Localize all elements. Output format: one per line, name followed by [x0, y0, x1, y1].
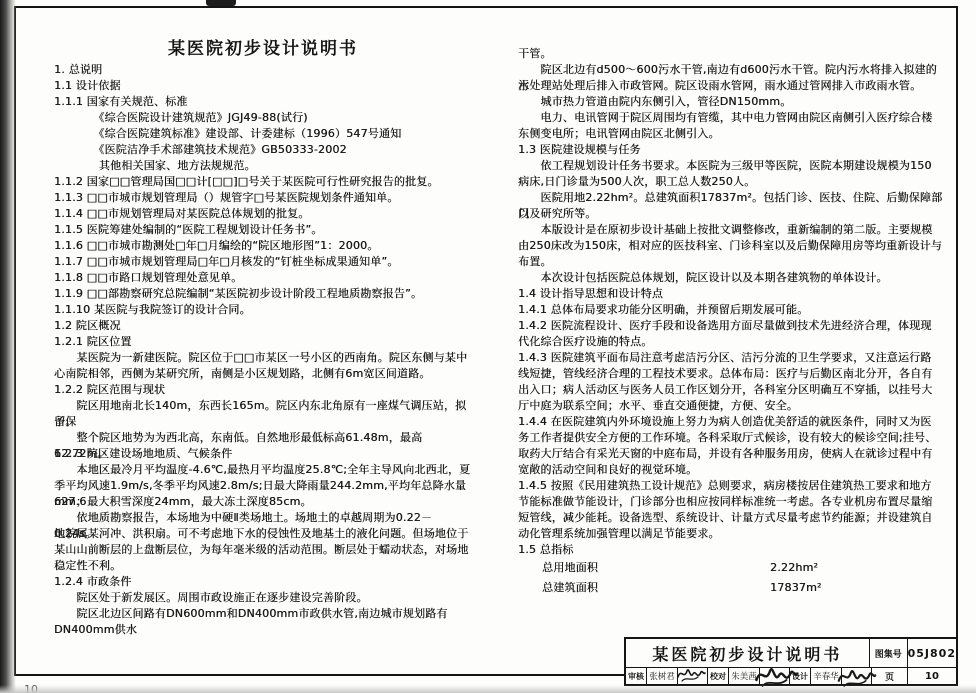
document-title: 某医院初步设计说明书 — [54, 34, 472, 59]
text-line: 1.4.3 医院建筑平面布局注意考虑洁污分区、洁污分流的卫生学要求，又注意运行路 — [518, 350, 946, 366]
handwritten-signature-icon — [842, 668, 872, 684]
signature-role-label: 校对 — [708, 668, 729, 684]
text-line: 1.2.2 院区范围与现状 — [54, 382, 474, 398]
indicator-value: 2.22hm² — [770, 558, 818, 578]
page-label: 页 — [872, 668, 908, 684]
text-line: 心南院相邻，西侧为某研究所，南侧是小区规划路，北侧有6m宽区间道路。 — [54, 366, 474, 382]
text-line: 务工作者提供安全方便的工作环境。各科采取厅式候诊，设有较大的候诊空间;挂号、 — [518, 430, 946, 446]
text-line: 水处理站处理后排入市政管网。院区设雨水管网，雨水通过管网排入市政雨水管。 — [518, 78, 946, 94]
text-line: 病床,日门诊量为500人次，职工总人数250人。 — [518, 174, 946, 190]
indicator-value: 17837m² — [770, 578, 822, 598]
text-line: 城市热力管道由院内东侧引入，管径DN150mm。 — [518, 94, 946, 110]
text-line: 《综合医院建筑标准》建设部、计委建标（1996）547号通知 — [54, 126, 474, 142]
text-line: 医院用地2.22hm²。总建筑面积17837m²。包括门诊、医技、住院、后勤保障… — [518, 190, 946, 206]
text-line: 院区用地南北长140m，东西长165m。院区内东北角原有一座煤气调压站，拟予保 — [54, 398, 474, 414]
text-line: 东侧变电所；电讯管网由院区北侧引入。 — [518, 126, 946, 142]
left-text-column: 1. 总说明1.1 设计依据1.1.1 国家有关规范、标准 《综合医院设计建筑规… — [54, 62, 474, 622]
text-line: 留。 — [54, 414, 474, 430]
text-line: 《医院洁净手术部建筑技术规范》GB50333-2002 — [54, 142, 474, 158]
scanned-document-page: 某医院初步设计说明书 1. 总说明1.1 设计依据1.1.1 国家有关规范、标准… — [0, 0, 976, 693]
drawing-title-block: 某医院初步设计说明书 图集号 05J802 审核 张树君 校对 — [624, 637, 958, 686]
text-line: 1.4.2 医院流程设计、医疗手段和设备选用方面尽量做到技术先进经济合理，体现现 — [518, 318, 946, 334]
text-line: 1.1.6 □□市城市勘测处□年□月编绘的“院区地形图”1：2000。 — [54, 238, 474, 254]
signature-printed-name: 张树君 — [647, 668, 678, 684]
text-line: 干管。 — [518, 46, 946, 62]
right-text-column: 干管。 院区北边有d500～600污水干管,南边有d600污水干管。院内污水将排… — [518, 46, 946, 598]
text-line: 电力、电讯管网于院区周围均有管缆，其中电力管网由院区南侧引入医疗综合楼 — [518, 110, 946, 126]
text-line: 1.4.1 总体布局要求功能分区明确，并预留后期发展可能。 — [518, 302, 946, 318]
text-line: 1.1.5 医院筹建处编制的“医院工程规划设计任务书”。 — [54, 222, 474, 238]
text-line: 1.1.7 □□市城市规划管理局□年□月核发的“钉桩坐标成果通知单”。 — [54, 254, 474, 270]
title-block-signature-row: 审核 张树君 校对 朱美茜 — [626, 668, 956, 684]
text-line: 1.2 院区概况 — [54, 318, 474, 334]
text-line: 线短捷，管线经济合理的工程技术要求。总体布局：医疗与后勤区南北分开，各自有 — [518, 366, 946, 382]
text-line: 代化综合医疗设施的特点。 — [518, 334, 946, 350]
binding-shadow — [0, 0, 16, 693]
text-line: 本版设计是在原初步设计基础上按批文调整修改，重新编制的第二版。主要规模 — [518, 222, 946, 238]
text-line: 依工程规划设计任务书要求。本医院为三级甲等医院，医院本期建设规模为150 — [518, 158, 946, 174]
text-line: 季平均风速1.9m/s,冬季平均风速2.8m/s;日最大降雨量244.2mm,平… — [54, 478, 474, 494]
page-number: 10 — [908, 668, 956, 684]
text-line: 某山山前断层的上盘断层位，为每年毫米级的活动范围。断层处于蠕动状态，对场地 — [54, 542, 474, 558]
text-line: 1.2.1 院区位置 — [54, 334, 474, 350]
text-line: 院区处于新发展区。周围市政设施正在逐步建设完善阶段。 — [54, 590, 474, 606]
text-line: mm；最大积雪深度24mm，最大冻土深度85cm。 — [54, 494, 474, 510]
right-column-lines: 干管。 院区北边有d500～600污水干管,南边有d600污水干管。院内污水将排… — [518, 46, 946, 558]
indicator-row: 总建筑面积17837m² — [518, 578, 946, 598]
text-line: 1.1.1 国家有关规范、标准 — [54, 94, 474, 110]
scan-artifact — [206, 0, 236, 6]
text-line: 1.2.4 市政条件 — [54, 574, 474, 590]
text-line: 1.4.5 按照《民用建筑热工设计规范》总则要求，病房楼按居住建筑热工要求和地方 — [518, 478, 946, 494]
text-line: 1.1.10 某医院与我院签订的设计合同。 — [54, 302, 474, 318]
text-line: 1.1.4 □□市规划管理局对某医院总体规划的批复。 — [54, 206, 474, 222]
text-line: 1.1.2 国家□□管理局国□□计[□□]□号关于某医院可行性研究报告的批复。 — [54, 174, 474, 190]
text-line: 由250床改为150床，相对应的医技科室、门诊科室以及后勤保障用房等均重新设计与 — [518, 238, 946, 254]
handwritten-signature-icon — [678, 668, 708, 684]
text-line: 《综合医院设计建筑规范》JGJ49-88(试行) — [54, 110, 474, 126]
text-line: 本地区最冷月平均温度-4.6℃,最热月平均温度25.8℃;全年主导风向北西北，夏 — [54, 462, 474, 478]
total-indicators: 总用地面积2.22hm² 总建筑面积17837m² — [518, 558, 946, 598]
text-line: 1.1.9 □□部勘察研究总院编制“某医院初步设计阶段工程地质勘察报告”。 — [54, 286, 474, 302]
text-line: 1.1 设计依据 — [54, 78, 474, 94]
signature-group: 设计 辛春华 — [790, 668, 872, 684]
bottom-scan-shade — [0, 685, 976, 693]
text-line: 1.1.3 □□市城市规划管理局（）规管字□号某医院规划条件通知单。 — [54, 190, 474, 206]
text-line: 节能标准做节能设计，门诊部分也相应按同样标准统一考虑。各专业机房布置尽量缩 — [518, 494, 946, 510]
text-line: 1.2.3 院区建设场地地质、气候条件 — [54, 446, 474, 462]
text-line: 其他相关国家、地方法规规范。 — [54, 158, 474, 174]
text-line: 1.4 设计指导思想和设计特点 — [518, 286, 946, 302]
signature-group: 审核 张树君 — [626, 668, 708, 684]
text-line: 布置。 — [518, 254, 946, 270]
text-line: 短管线，减少能耗。设备选型、系统设计、计量方式尽量考虑节约能源；并设建筑自 — [518, 510, 946, 526]
text-line: 宽敞的活动空间和良好的视觉环境。 — [518, 462, 946, 478]
text-line: 本次设计包括医院总体规划，院区设计以及本期各建筑物的单体设计。 — [518, 270, 946, 286]
indicator-label: 总建筑面积 — [542, 578, 770, 598]
handwritten-signature-icon — [760, 668, 790, 684]
signature-group: 校对 朱美茜 — [708, 668, 790, 684]
text-line: 稳定性不利。 — [54, 558, 474, 574]
indicator-row: 总用地面积2.22hm² — [518, 558, 946, 578]
atlas-number-value: 05J802 — [908, 639, 956, 667]
title-block-title: 某医院初步设计说明书 — [626, 639, 870, 667]
left-column-lines: 1. 总说明1.1 设计依据1.1.1 国家有关规范、标准 《综合医院设计建筑规… — [54, 62, 474, 622]
signature-cells: 审核 张树君 校对 朱美茜 — [626, 668, 872, 684]
text-line: 动化管理系统加强管理以满足节能要求。 — [518, 526, 946, 542]
text-line: 某医院为一新建医院。院区位于□□市某区一号小区的西南角。院区东侧与某中 — [54, 350, 474, 366]
text-line: 出入口；病人活动区与医务人员工作区划分开，各科室分区明确互不穿插，以挂号大 — [518, 382, 946, 398]
text-line: 1.3 医院建设规模与任务 — [518, 142, 946, 158]
text-line: 院区北边区间路有DN600mm和DN400mm市政供水管,南边城市规划路有DN4… — [54, 606, 474, 622]
text-line: 1.1.8 □□市路口规划管理处意见单。 — [54, 270, 474, 286]
text-line: 院区北边有d500～600污水干管,南边有d600污水干管。院内污水将排入拟建的… — [518, 62, 946, 78]
indicator-label: 总用地面积 — [542, 558, 770, 578]
text-line: 依地质勘察报告，本场地为中硬Ⅱ类场地土。场地土的卓越周期为0.22－0.24s。 — [54, 510, 474, 526]
text-line: 地貌属某河冲、洪积扇。可不考虑地下水的侵蚀性及地基土的液化问题。但场地位于 — [54, 526, 474, 542]
text-line: 厅中庭为联系空间；水平、垂直交通便捷，方便、安全。 — [518, 398, 946, 414]
text-line: 整个院区地势为为西北高，东南低。自然地形最低标高61.48m，最高62.72m。 — [54, 430, 474, 446]
text-line: 取药大厅结合有采光天窗的中庭布局，并设有各种服务用房，使病人在就诊过程中有 — [518, 446, 946, 462]
text-line: 1. 总说明 — [54, 62, 474, 78]
signature-role-label: 审核 — [626, 668, 647, 684]
text-line: 1.5 总指标 — [518, 542, 946, 558]
text-line: 1.4.4 在医院建筑内外环境设施上努力为病人创造优美舒适的就医条件，同时又为医 — [518, 414, 946, 430]
text-line: 以及研究所等。 — [518, 206, 946, 222]
